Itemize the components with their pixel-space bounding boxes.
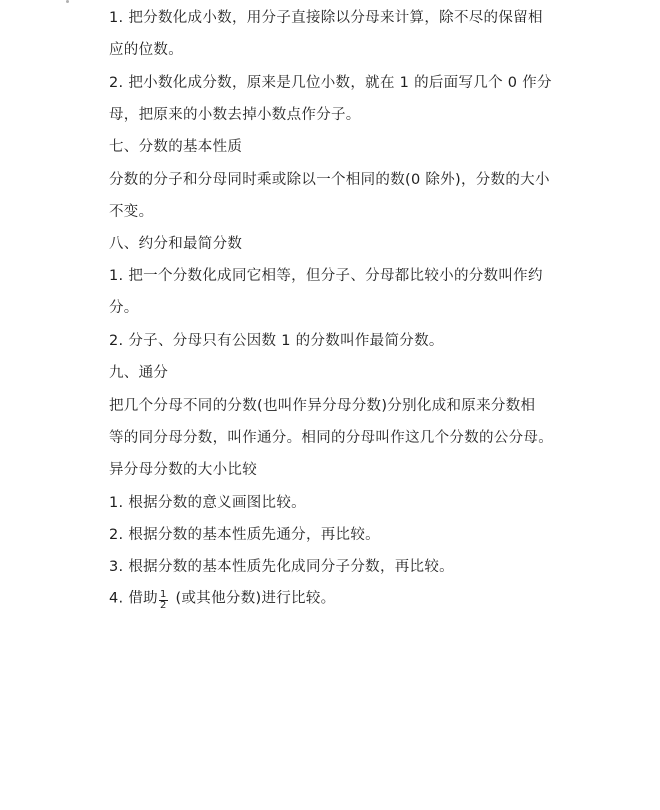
text-line: 2. 根据分数的基本性质先通分，再比较。 [109, 525, 380, 545]
text-line: 1. 根据分数的意义画图比较。 [109, 493, 306, 513]
fraction-one-half: 12 [159, 590, 168, 611]
text-line: 分数的分子和分母同时乘或除以一个相同的数(0 除外)，分数的大小 [109, 170, 550, 190]
line-suffix: (或其他分数)进行比较。 [171, 591, 336, 607]
text-line: 应的位数。 [109, 40, 183, 60]
text-line: 不变。 [109, 202, 153, 222]
text-line-with-fraction: 4. 借助12 (或其他分数)进行比较。 [109, 588, 335, 609]
text-line: 分。 [109, 298, 139, 318]
line-prefix: 4. 借助 [109, 591, 158, 607]
text-line: 等的同分母分数，叫作通分。相同的分母叫作这几个分数的公分母。 [109, 428, 553, 448]
text-line: 母，把原来的小数去掉小数点作分子。 [109, 105, 361, 125]
fraction-denominator: 2 [159, 601, 168, 611]
text-line: 3. 根据分数的基本性质先化成同分子分数，再比较。 [109, 557, 454, 577]
subsection-heading: 异分母分数的大小比较 [109, 460, 257, 480]
text-line: 2. 把小数化成分数，原来是几位小数，就在 1 的后面写几个 0 作分 [109, 73, 552, 93]
corner-mark [66, 0, 69, 3]
text-line: 把几个分母不同的分数(也叫作异分母分数)分别化成和原来分数相 [109, 396, 535, 416]
section-heading: 七、分数的基本性质 [109, 137, 242, 157]
section-heading: 八、约分和最简分数 [109, 234, 242, 254]
section-heading: 九、通分 [109, 363, 168, 383]
text-line: 1. 把一个分数化成同它相等，但分子、分母都比较小的分数叫作约 [109, 266, 543, 286]
document-page: 1. 把分数化成小数，用分子直接除以分母来计算，除不尽的保留相 应的位数。 2.… [0, 0, 660, 810]
text-line: 1. 把分数化成小数，用分子直接除以分母来计算，除不尽的保留相 [109, 8, 543, 28]
text-line: 2. 分子、分母只有公因数 1 的分数叫作最简分数。 [109, 331, 444, 351]
